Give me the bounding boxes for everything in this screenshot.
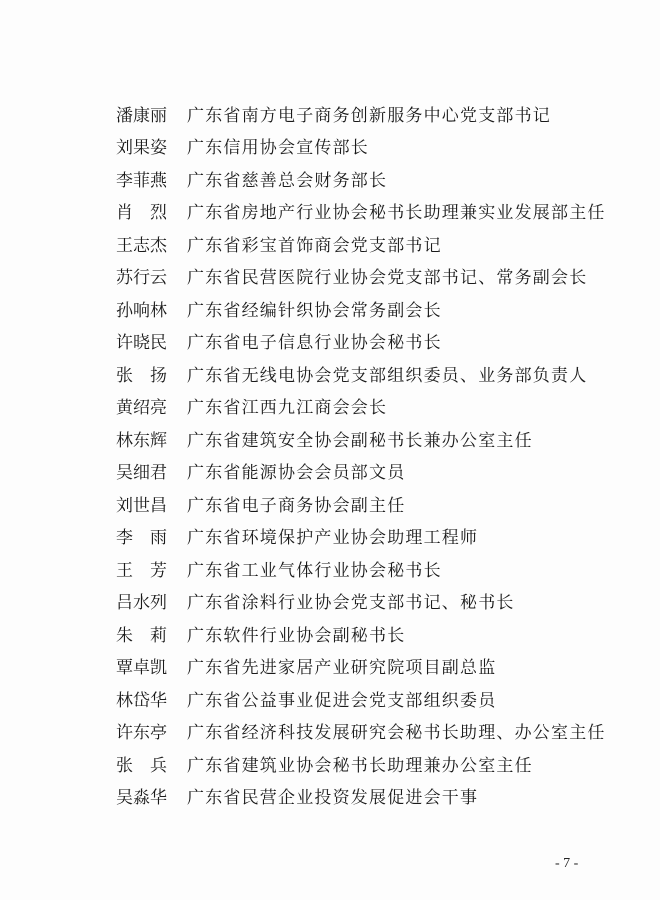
person-position: 广东省彩宝首饰商会党支部书记	[187, 231, 442, 256]
list-item: 刘世昌广东省电子商务协会副主任	[116, 487, 616, 520]
list-item: 许晓民广东省电子信息行业协会秘书长	[116, 325, 616, 358]
person-position: 广东省电子商务协会副主任	[187, 491, 405, 516]
list-item: 刘果姿广东信用协会宣传部长	[116, 130, 616, 163]
list-item: 吴细君广东省能源协会会员部文员	[116, 455, 616, 488]
person-position: 广东软件行业协会副秘书长	[187, 621, 405, 646]
person-name: 孙响林	[116, 296, 168, 321]
person-position: 广东省经济科技发展研究会秘书长助理、办公室主任	[187, 718, 606, 743]
person-name: 肖 烈	[116, 198, 168, 223]
list-item: 孙响林广东省经编针织协会常务副会长	[116, 292, 616, 325]
person-name: 许东亭	[116, 718, 168, 743]
person-position: 广东省工业气体行业协会秘书长	[187, 556, 442, 581]
list-item: 吕水列广东省涂料行业协会党支部书记、秘书长	[116, 585, 616, 618]
person-name: 覃卓凯	[116, 653, 168, 678]
person-position: 广东省环境保护产业协会助理工程师	[187, 523, 478, 548]
person-position: 广东省南方电子商务创新服务中心党支部书记	[187, 101, 551, 126]
person-position: 广东省民营企业投资发展促进会干事	[187, 783, 478, 808]
list-item: 潘康丽广东省南方电子商务创新服务中心党支部书记	[116, 97, 616, 130]
person-name: 李菲燕	[116, 166, 168, 191]
list-item: 苏行云广东省民营医院行业协会党支部书记、常务副会长	[116, 260, 616, 293]
person-position: 广东省建筑安全协会副秘书长兼办公室主任	[187, 426, 533, 451]
person-name: 林东辉	[116, 426, 168, 451]
person-name: 王 芳	[116, 556, 168, 581]
list-item: 李菲燕广东省慈善总会财务部长	[116, 162, 616, 195]
person-position: 广东省涂料行业协会党支部书记、秘书长	[187, 588, 515, 613]
list-item: 张 扬广东省无线电协会党支部组织委员、业务部负责人	[116, 357, 616, 390]
person-name: 林岱华	[116, 686, 168, 711]
person-name: 刘世昌	[116, 491, 168, 516]
person-position: 广东省江西九江商会会长	[187, 393, 387, 418]
person-position: 广东省经编针织协会常务副会长	[187, 296, 442, 321]
list-item: 王 芳广东省工业气体行业协会秘书长	[116, 552, 616, 585]
person-name: 张 扬	[116, 361, 168, 386]
list-item: 朱 莉广东软件行业协会副秘书长	[116, 617, 616, 650]
page-number: - 7 -	[555, 856, 578, 872]
document-page: 潘康丽广东省南方电子商务创新服务中心党支部书记 刘果姿广东信用协会宣传部长 李菲…	[0, 0, 660, 900]
person-position: 广东省无线电协会党支部组织委员、业务部负责人	[187, 361, 587, 386]
list-item: 吴淼华广东省民营企业投资发展促进会干事	[116, 780, 616, 813]
person-position: 广东省民营医院行业协会党支部书记、常务副会长	[187, 263, 587, 288]
person-position: 广东省公益事业促进会党支部组织委员	[187, 686, 496, 711]
list-item: 覃卓凯广东省先进家居产业研究院项目副总监	[116, 650, 616, 683]
list-item: 李 雨广东省环境保护产业协会助理工程师	[116, 520, 616, 553]
list-item: 肖 烈广东省房地产行业协会秘书长助理兼实业发展部主任	[116, 195, 616, 228]
person-name: 吕水列	[116, 588, 168, 613]
person-name: 苏行云	[116, 263, 168, 288]
person-name: 潘康丽	[116, 101, 168, 126]
person-name: 黄绍亮	[116, 393, 168, 418]
person-name: 吴淼华	[116, 783, 168, 808]
list-item: 许东亭广东省经济科技发展研究会秘书长助理、办公室主任	[116, 715, 616, 748]
person-name: 朱 莉	[116, 621, 168, 646]
list-item: 林岱华广东省公益事业促进会党支部组织委员	[116, 682, 616, 715]
person-name: 许晓民	[116, 328, 168, 353]
list-item: 王志杰广东省彩宝首饰商会党支部书记	[116, 227, 616, 260]
person-position: 广东省慈善总会财务部长	[187, 166, 387, 191]
person-name: 刘果姿	[116, 133, 168, 158]
person-position: 广东省电子信息行业协会秘书长	[187, 328, 442, 353]
person-position: 广东信用协会宣传部长	[187, 133, 369, 158]
list-item: 黄绍亮广东省江西九江商会会长	[116, 390, 616, 423]
list-item: 林东辉广东省建筑安全协会副秘书长兼办公室主任	[116, 422, 616, 455]
person-name: 李 雨	[116, 523, 168, 548]
name-position-list: 潘康丽广东省南方电子商务创新服务中心党支部书记 刘果姿广东信用协会宣传部长 李菲…	[116, 97, 616, 812]
person-position: 广东省先进家居产业研究院项目副总监	[187, 653, 496, 678]
person-name: 张 兵	[116, 751, 168, 776]
person-name: 王志杰	[116, 231, 168, 256]
list-item: 张 兵广东省建筑业协会秘书长助理兼办公室主任	[116, 747, 616, 780]
person-name: 吴细君	[116, 458, 168, 483]
person-position: 广东省能源协会会员部文员	[187, 458, 405, 483]
person-position: 广东省房地产行业协会秘书长助理兼实业发展部主任	[187, 198, 606, 223]
person-position: 广东省建筑业协会秘书长助理兼办公室主任	[187, 751, 533, 776]
